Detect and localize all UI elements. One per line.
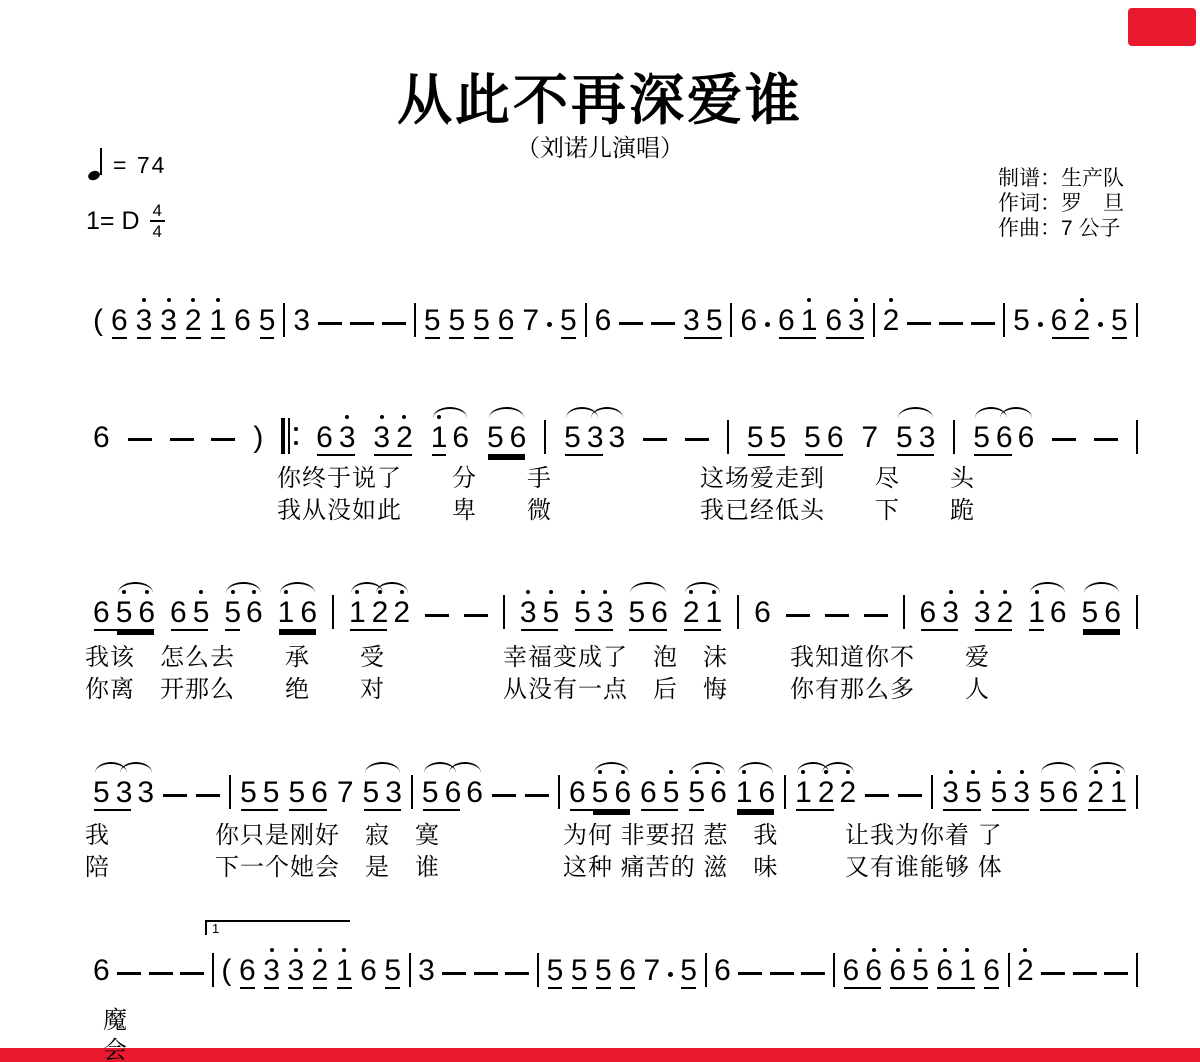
note-digit: 2 [1017,955,1034,987]
note: 6 [360,955,377,987]
dash [350,322,374,325]
beam-group: 12 [795,777,834,809]
dash [1041,972,1065,975]
quarter-note-icon [88,148,103,180]
octave-dot [122,590,126,594]
note-digit: 5 [224,597,241,629]
octave-dot [378,590,382,594]
note-digit: 3 [597,597,614,629]
note: 6 [93,422,110,454]
dash [864,614,888,617]
note-digit: 2 [840,777,857,809]
octave-dot [1080,298,1084,302]
note-digit: 6 [827,422,844,454]
octave-dot [846,770,850,774]
octave-dot [402,415,406,419]
dash [1094,438,1118,441]
octave-dot [355,590,359,594]
octave-dot [526,590,530,594]
repeat-dots [294,427,298,445]
slur-arc: 56 [224,597,262,629]
note-digit: 6 [316,422,333,454]
note-digit: 7 [337,777,354,809]
note-digit: 6 [234,305,251,337]
note-digit: 6 [445,777,462,809]
dash [505,972,529,975]
note: 1 [431,422,448,454]
note: 1 [795,777,812,809]
dash [425,614,449,617]
beam-group: 62 [1051,305,1090,337]
beam-group: 56 [1082,597,1121,629]
note-digit: 2 [393,597,410,629]
repeat-dot [294,427,298,431]
lyric-text: 从没有一点 后 悔 [503,669,728,704]
note: 2 [372,597,389,629]
barline [229,775,231,809]
octave-dot [345,415,349,419]
note: 5 [448,305,465,337]
note: 6 [651,597,668,629]
note-digit: 5 [1082,597,1099,629]
slur-arc: 566 [422,777,483,809]
note: 1 [210,305,227,337]
note-digit: 6 [710,777,727,809]
note-digit: 6 [619,955,636,987]
note: 5 [688,777,705,809]
dash [442,972,466,975]
note: 2 [1087,777,1104,809]
note-digit: 3 [116,777,133,809]
note: 5 [770,422,787,454]
performer-subtitle: （刘诺儿演唱） [0,128,1200,163]
note: 5 [193,597,210,629]
volta-label: 1 [212,922,219,935]
octave-dot [896,948,900,952]
beam-group: 61 [778,305,817,337]
red-corner-badge[interactable] [1128,8,1196,46]
note: 5 [473,305,490,337]
note: 3 [587,422,604,454]
note: 6 [246,597,263,629]
note: 5 [896,422,913,454]
note-digit: 3 [373,422,390,454]
note: 6 [93,597,110,629]
barline [411,775,413,809]
note: 3 [597,597,614,629]
note: 3 [385,777,402,809]
slur-arc: 16 [278,597,317,629]
meter-denominator: 4 [153,222,162,240]
note-digit: 6 [778,305,795,337]
beam-group: 56 [288,777,327,809]
beam-group: 56 [592,777,631,809]
note-digit: 1 [278,597,295,629]
note-digit: 5 [288,777,305,809]
note: 3 [136,305,153,337]
beam-group: 53 [93,777,132,809]
note: 6 [740,305,757,337]
note: 3 [287,955,304,987]
note-digit: 6 [360,955,377,987]
barline [1136,420,1138,454]
octave-dot [603,590,607,594]
beam-group: 32 [373,422,412,454]
note-digit: 5 [991,777,1008,809]
note-digit: 5 [1013,305,1030,337]
dash [318,322,342,325]
note: 7 [861,422,878,454]
beam-group: 656 [93,597,155,629]
note: 3 [942,777,959,809]
note: 6 [452,422,469,454]
note: 3 [848,305,865,337]
note-digit: 2 [312,955,329,987]
note: 5 [991,777,1008,809]
note: 6 [316,422,333,454]
note: 5 [680,955,697,987]
augmentation-dot [765,322,770,327]
octave-dot [949,770,953,774]
note-digit: 6 [996,422,1013,454]
beam-group: 21 [683,597,722,629]
beam-group: 35 [520,597,559,629]
note: 6 [640,777,657,809]
note-digit: 5 [804,422,821,454]
note: 6 [1050,597,1067,629]
note-digit: 5 [965,777,982,809]
note-digit: 6 [889,955,906,987]
note-digit: 1 [959,955,976,987]
note: 3 [293,305,310,337]
note: 5 [263,777,280,809]
beam-group: 63 [825,305,864,337]
tempo-bpm: = 74 [113,150,166,180]
octave-dot [621,770,625,774]
notation-line: 6)633216565335556753566 [93,418,1138,454]
lyric-text: 你终于说了 分 手 [277,458,552,493]
note: 6 [93,955,110,987]
dash [786,614,810,617]
note: 6 [754,597,771,629]
note-digit: 3 [418,955,435,987]
lyric-text: 你离 开那么 绝 对 [85,669,385,704]
note-digit: 5 [543,597,560,629]
note-digit: 6 [170,597,187,629]
note: 2 [312,955,329,987]
note-digit: 6 [865,955,882,987]
note: 1 [278,597,295,629]
beam-group: 16 [278,597,317,629]
barline [784,775,786,809]
note-digit: 3 [293,305,310,337]
note-digit: 5 [770,422,787,454]
note: 3 [373,422,390,454]
volta-bracket: 1 [205,920,350,935]
note: 5 [1039,777,1056,809]
beam-group: 56 [804,422,843,454]
note: 6 [710,777,727,809]
octave-dot [872,948,876,952]
barline [1136,303,1138,337]
octave-dot [824,770,828,774]
note-digit: 6 [651,597,668,629]
augmentation-dot [1098,322,1103,327]
note: 6 [825,305,842,337]
slur-arc: 56 [1039,777,1078,809]
beam-group: 55 [747,422,786,454]
lyric-text: 这种 痛苦的 滋 味 [563,847,778,882]
barline [558,775,560,809]
note: 6 [614,777,631,809]
note: 2 [396,422,413,454]
note: 1 [736,777,753,809]
octave-dot [342,948,346,952]
slur-arc: 21 [683,597,722,629]
octave-dot [1020,770,1024,774]
note-digit: 5 [680,955,697,987]
lyric-text: 让我为你着 了 [845,815,1003,850]
dash [382,322,406,325]
notation-line: 6(63321653555675666656162 [93,953,1138,987]
note: 6 [827,422,844,454]
beam-group: 53 [896,422,935,454]
time-signature: 4 4 [150,202,165,240]
note-digit: 1 [349,597,366,629]
note: 6 [170,597,187,629]
beam-group: 35 [942,777,981,809]
note-digit: 5 [1111,305,1128,337]
note-digit: 3 [942,777,959,809]
note-digit: 6 [1104,597,1121,629]
note-digit: 5 [574,597,591,629]
note: 5 [422,777,439,809]
note-digit: 6 [311,777,328,809]
beam-group: 56 [628,597,667,629]
repeat-thick-bar [281,418,285,454]
barline [332,595,334,629]
note-digit: 6 [758,777,775,809]
beam-group: 56 [973,422,1012,454]
dash [211,438,235,441]
slur-arc: 122 [349,597,410,629]
note: 6 [595,305,612,337]
note-digit: 5 [973,422,990,454]
dash [492,794,516,797]
beam-group: 21 [1087,777,1126,809]
beam-group: 53 [564,422,603,454]
note-digit: 3 [263,955,280,987]
dash [163,794,187,797]
beam-group: 63 [316,422,355,454]
octave-dot [965,948,969,952]
note: 6 [445,777,462,809]
beam-group: 32 [974,597,1013,629]
dash [685,438,709,441]
octave-dot [380,415,384,419]
notation-line: 65665561612235535621663321656 [93,595,1138,629]
dash [180,972,204,975]
note-digit: 1 [795,777,812,809]
note-digit: 3 [1013,777,1030,809]
note-digit: 1 [1028,597,1045,629]
note-digit: 2 [683,597,700,629]
lyric-text: 我已经低头 下 跪 [700,490,975,525]
note-digit: 5 [424,305,441,337]
note: 5 [547,955,564,987]
credit-composer: 作曲：7 公子 [998,216,1124,241]
note-digit: 6 [936,955,953,987]
note-digit: 2 [1073,305,1090,337]
barline [730,303,732,337]
note-digit: 5 [747,422,764,454]
note-digit: 3 [136,305,153,337]
note: 6 [714,955,731,987]
note: 2 [1073,305,1090,337]
barline [544,420,546,454]
slur-arc: 16 [736,777,775,809]
dash [149,972,173,975]
octave-dot [1035,590,1039,594]
slur-arc: 533 [93,777,154,809]
note: 3 [520,597,537,629]
beam-group: 61 [936,955,975,987]
note-digit: 2 [818,777,835,809]
slur-arc: 56 [628,597,667,629]
barline [705,953,707,987]
octave-dot [581,590,585,594]
octave-dot [971,770,975,774]
credit-lyricist: 作词：罗 旦 [998,191,1124,216]
dash [1104,972,1128,975]
note-digit: 2 [372,597,389,629]
note: 2 [1017,955,1034,987]
note-digit: 6 [510,422,527,454]
slur-arc: 56 [688,777,726,809]
dash [898,794,922,797]
note-digit: 5 [422,777,439,809]
octave-dot [1116,770,1120,774]
lyric-text: 你有那么多 人 [790,669,990,704]
note-digit: 6 [740,305,757,337]
note-digit: 6 [983,955,1000,987]
note-digit: 3 [848,305,865,337]
note-digit: 6 [1018,422,1035,454]
dash [170,438,194,441]
note-digit: 5 [263,777,280,809]
note-digit: 3 [942,597,959,629]
octave-dot [854,298,858,302]
note-digit: 5 [363,777,380,809]
note: 2 [683,597,700,629]
note-digit: 3 [160,305,177,337]
note: 3 [418,955,435,987]
meter-numerator: 4 [150,202,165,222]
note: 2 [840,777,857,809]
barline [212,953,214,987]
note: 5 [487,422,504,454]
note-digit: 5 [560,305,577,337]
octave-dot [318,948,322,952]
octave-dot [949,590,953,594]
note: 6 [239,955,256,987]
beam-group: 656 [569,777,631,809]
note-digit: 6 [239,955,256,987]
note: 5 [571,955,588,987]
note-digit: 6 [138,597,155,629]
note: 1 [1028,597,1045,629]
note-digit: 7 [522,305,539,337]
note-digit: 3 [385,777,402,809]
note-digit: 1 [801,305,818,337]
barline [737,595,739,629]
note-digit: 6 [93,422,110,454]
barline [1136,595,1138,629]
note: 5 [595,955,612,987]
note: 6 [111,305,128,337]
note: 5 [973,422,990,454]
octave-dot [252,590,256,594]
slur-arc: 16 [431,422,469,454]
note-digit: 2 [883,305,900,337]
lyric-text: 我从没如此 卑 微 [277,490,552,525]
note: 1 [801,305,818,337]
octave-dot [980,590,984,594]
dash [196,794,220,797]
slur-arc: 566 [973,422,1034,454]
note: 5 [628,597,645,629]
note-digit: 1 [1110,777,1127,809]
note: 3 [339,422,356,454]
tempo-marking: = 74 [88,148,166,180]
note: 5 [592,777,609,809]
octave-dot [142,298,146,302]
note-digit: 6 [498,305,515,337]
note: 6 [778,305,795,337]
note: 2 [185,305,202,337]
beam-group: 12 [349,597,388,629]
note: 1 [959,955,976,987]
octave-dot [807,298,811,302]
note: 6 [300,597,317,629]
note-digit: 2 [997,597,1014,629]
note: 5 [363,777,380,809]
barline [503,595,505,629]
octave-dot [801,770,805,774]
note: 5 [116,597,133,629]
note: 2 [997,597,1014,629]
dash [525,794,549,797]
lyric-text: 我 [85,815,110,850]
note-digit: 6 [466,777,483,809]
lyric-text: 会 [103,1030,128,1062]
note: 6 [983,955,1000,987]
octave-dot [437,415,441,419]
beam-group: 56 [1039,777,1078,809]
note-digit: 2 [1087,777,1104,809]
note-digit: 3 [137,777,154,809]
note: 2 [818,777,835,809]
beam-group: 53 [991,777,1030,809]
octave-dot [231,590,235,594]
note-digit: 3 [339,422,356,454]
note-digit: 5 [259,305,276,337]
dash [865,794,889,797]
barline [1136,953,1138,987]
note-digit: 6 [1051,305,1068,337]
slur-arc: 16 [1028,597,1066,629]
barline [537,953,539,987]
